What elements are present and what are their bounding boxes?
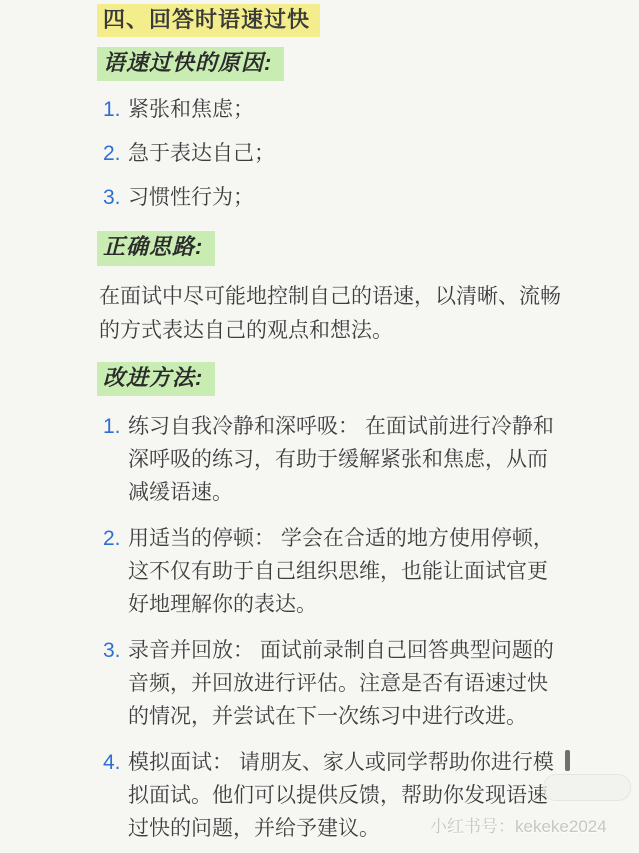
note-content: 四、回答时语速过快 语速过快的原因: 1. 紧张和焦虑； 2. 急于表达自己； … (0, 0, 639, 845)
list-item: 3. 习惯性行为； (97, 185, 581, 210)
scroll-indicator (565, 750, 570, 771)
item-number: 1. (97, 410, 128, 509)
item-number: 2. (97, 522, 128, 621)
section-heading-reasons: 语速过快的原因: (97, 47, 284, 81)
list-item: 1. 练习自我冷静和深呼吸： 在面试前进行冷静和深呼吸的练习，有助于缓解紧张和焦… (97, 410, 581, 509)
list-item: 2. 急于表达自己； (97, 141, 581, 166)
item-text: 练习自我冷静和深呼吸： 在面试前进行冷静和深呼吸的练习，有助于缓解紧张和焦虑，从… (128, 410, 556, 509)
item-number: 4. (97, 746, 128, 845)
item-number: 2. (97, 141, 128, 166)
list-item: 1. 紧张和焦虑； (97, 97, 581, 122)
section-heading-methods: 改进方法: (97, 362, 215, 396)
item-number: 3. (97, 185, 128, 210)
watermark-text: 小红书号：kekeke2024 (430, 812, 607, 837)
list-item: 2. 用适当的停顿： 学会在合适的地方使用停顿，这不仅有助于自己组织思维，也能让… (97, 522, 581, 621)
item-text: 急于表达自己； (128, 141, 275, 166)
item-number: 3. (97, 634, 128, 733)
item-text: 录音并回放： 面试前录制自己回答典型问题的音频，并回放进行评估。注意是否有语速过… (128, 634, 556, 733)
section-heading-approach: 正确思路: (97, 231, 215, 265)
page-title: 四、回答时语速过快 (97, 4, 320, 37)
note-page: 四、回答时语速过快 语速过快的原因: 1. 紧张和焦虑； 2. 急于表达自己； … (0, 0, 639, 853)
item-text: 紧张和焦虑； (128, 97, 254, 122)
list-item: 3. 录音并回放： 面试前录制自己回答典型问题的音频，并回放进行评估。注意是否有… (97, 634, 581, 733)
approach-paragraph: 在面试中尽可能地控制自己的语速，以清晰、流畅的方式表达自己的观点和想法。 (99, 280, 561, 348)
item-number: 1. (97, 97, 128, 122)
item-text: 习惯性行为； (128, 185, 254, 210)
item-text: 用适当的停顿： 学会在合适的地方使用停顿，这不仅有助于自己组织思维，也能让面试官… (128, 522, 556, 621)
methods-list: 1. 练习自我冷静和深呼吸： 在面试前进行冷静和深呼吸的练习，有助于缓解紧张和焦… (97, 410, 581, 845)
reasons-list: 1. 紧张和焦虑； 2. 急于表达自己； 3. 习惯性行为； (97, 97, 581, 210)
watermark-badge (543, 774, 631, 801)
